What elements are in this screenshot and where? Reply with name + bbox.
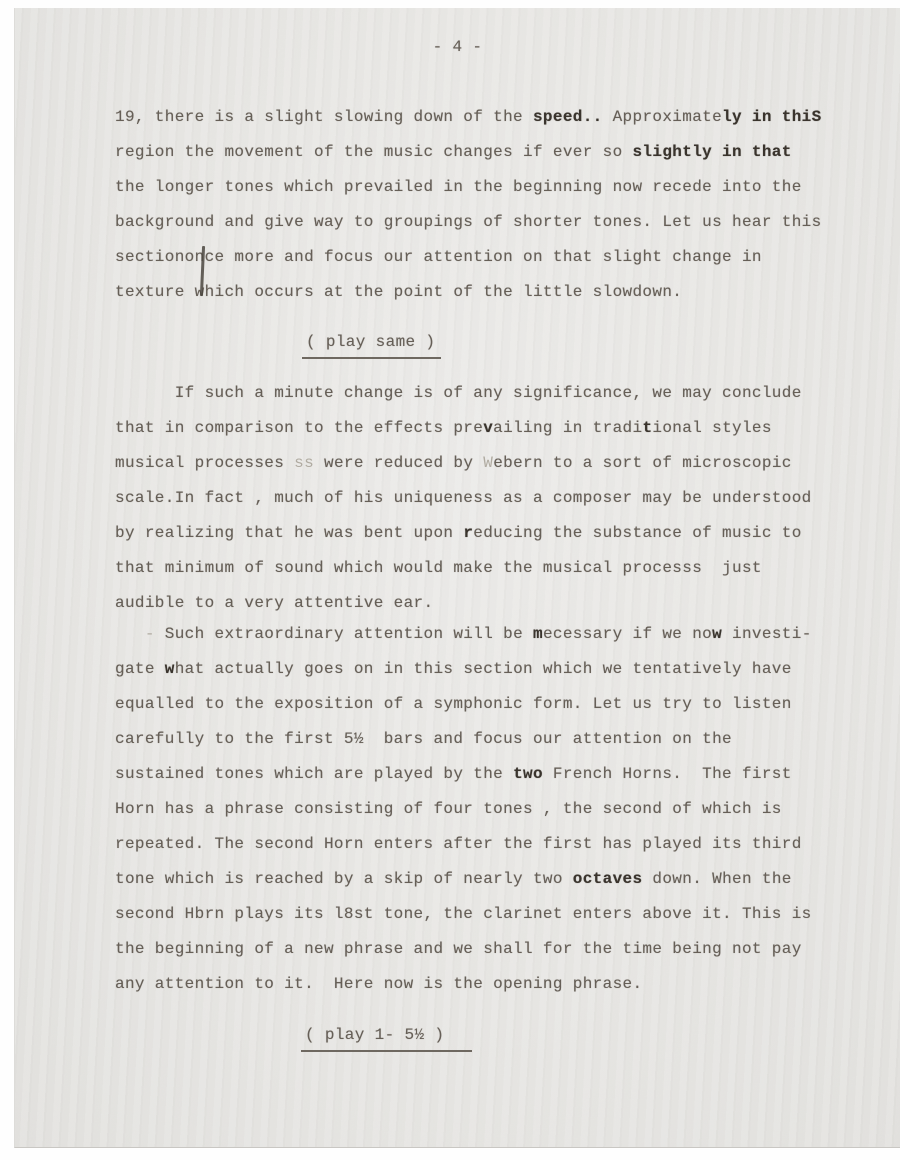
text-segment: Such extraordinary attention will be	[165, 625, 533, 643]
text-line: that in comparison to the effects prevai…	[115, 411, 812, 446]
text-segment: audible to a very attentive ear.	[115, 594, 433, 612]
text-segment: down. When the	[642, 870, 791, 888]
stage-direction-label: ( play same )	[302, 329, 441, 359]
text-segment: background and give way to groupings of …	[115, 213, 822, 231]
text-segment: ional styles	[652, 419, 771, 437]
text-line: the beginning of a new phrase and we sha…	[115, 932, 812, 967]
text-line: musical processes ss were reduced by Web…	[115, 446, 812, 481]
text-segment: ecessary if we no	[543, 625, 712, 643]
text-segment	[115, 625, 145, 643]
text-segment: hat actually goes on in this section whi…	[175, 660, 792, 678]
text-line: scale.In fact , much of his uniqueness a…	[115, 481, 812, 516]
text-segment: ss	[294, 454, 314, 472]
text-segment: musical processes	[115, 454, 294, 472]
text-segment: ly in thiS	[722, 108, 822, 126]
text-segment: slightly in that	[632, 143, 791, 161]
text-segment: two	[513, 765, 543, 783]
text-segment: m	[533, 625, 543, 643]
text-segment: ailing in tradi	[493, 419, 642, 437]
text-segment: v	[483, 419, 493, 437]
text-segment: sustained tones which are played by the	[115, 765, 513, 783]
text-line: texture which occurs at the point of the…	[115, 275, 822, 310]
text-segment: the longer tones which prevailed in the …	[115, 178, 802, 196]
text-line: gate what actually goes on in this secti…	[115, 652, 812, 687]
text-segment: Horn has a phrase consisting of four ton…	[115, 800, 782, 818]
text-segment: French Horns. The first	[543, 765, 792, 783]
text-segment: once more and focus our attention on tha…	[185, 248, 762, 266]
stage-direction-label: ( play 1- 5½ )	[301, 1022, 472, 1052]
text-line: carefully to the first 5½ bars and focus…	[115, 722, 812, 757]
text-line: sectiononce more and focus our attention…	[115, 240, 822, 275]
text-segment: W	[483, 454, 493, 472]
text-line: region the movement of the music changes…	[115, 135, 822, 170]
page-number: - 4 -	[15, 30, 900, 65]
text-line: 19, there is a slight slowing down of th…	[115, 100, 822, 135]
text-segment: t	[642, 419, 652, 437]
text-line: sustained tones which are played by the …	[115, 757, 812, 792]
text-segment: Approximate	[603, 108, 722, 126]
text-line: tone which is reached by a skip of nearl…	[115, 862, 812, 897]
text-line: - Such extraordinary attention will be m…	[115, 617, 812, 652]
text-line: audible to a very attentive ear.	[115, 586, 812, 621]
text-segment: r	[463, 524, 473, 542]
text-segment: educing the substance of music to	[473, 524, 801, 542]
text-segment: gate	[115, 660, 165, 678]
text-line: any attention to it. Here now is the ope…	[115, 967, 812, 1002]
paragraph-3: - Such extraordinary attention will be m…	[115, 617, 812, 1002]
text-line: Horn has a phrase consisting of four ton…	[115, 792, 812, 827]
text-segment: equalled to the exposition of a symphoni…	[115, 695, 792, 713]
text-line: second Hbrn plays its l8st tone, the cla…	[115, 897, 812, 932]
paragraph-1: 19, there is a slight slowing down of th…	[115, 100, 822, 310]
text-segment: -	[145, 625, 165, 643]
stage-direction-play-bars: ( play 1- 5½ )	[301, 1018, 472, 1053]
text-segment: that minimum of sound which would make t…	[115, 559, 762, 577]
text-segment: scale.In fact , much of his uniqueness a…	[115, 489, 812, 507]
text-segment: second Hbrn plays its l8st tone, the cla…	[115, 905, 812, 923]
text-segment: w	[165, 660, 175, 678]
text-line: that minimum of sound which would make t…	[115, 551, 812, 586]
paragraph-2: If such a minute change is of any signif…	[115, 376, 812, 621]
text-segment: 19, there is a slight slowing down of th…	[115, 108, 533, 126]
text-segment: carefully to the first 5½ bars and focus…	[115, 730, 732, 748]
text-segment: tone which is reached by a skip of nearl…	[115, 870, 573, 888]
page-number-label: - 4 -	[15, 30, 900, 65]
text-segment: ebern to a sort of microscopic	[493, 454, 792, 472]
text-segment: repeated. The second Horn enters after t…	[115, 835, 802, 853]
text-segment: w	[712, 625, 722, 643]
text-line: background and give way to groupings of …	[115, 205, 822, 240]
text-segment: If such a minute change is of any signif…	[115, 384, 802, 402]
text-segment: investi-	[722, 625, 812, 643]
text-segment: section	[115, 248, 185, 266]
text-segment: region the movement of the music changes…	[115, 143, 632, 161]
text-line: repeated. The second Horn enters after t…	[115, 827, 812, 862]
text-segment: by realizing that he was bent upon	[115, 524, 463, 542]
text-segment: that in comparison to the effects pre	[115, 419, 483, 437]
text-line: If such a minute change is of any signif…	[115, 376, 812, 411]
text-segment: were reduced by	[314, 454, 483, 472]
text-segment: any attention to it. Here now is the ope…	[115, 975, 642, 993]
stage-direction-play-same: ( play same )	[302, 325, 441, 360]
typewritten-page-sheet: - 4 - 19, there is a slight slowing down…	[14, 8, 900, 1148]
text-line: the longer tones which prevailed in the …	[115, 170, 822, 205]
text-segment: speed..	[533, 108, 603, 126]
text-segment: octaves	[573, 870, 643, 888]
text-line: equalled to the exposition of a symphoni…	[115, 687, 812, 722]
text-line: by realizing that he was bent upon reduc…	[115, 516, 812, 551]
text-segment: the beginning of a new phrase and we sha…	[115, 940, 802, 958]
